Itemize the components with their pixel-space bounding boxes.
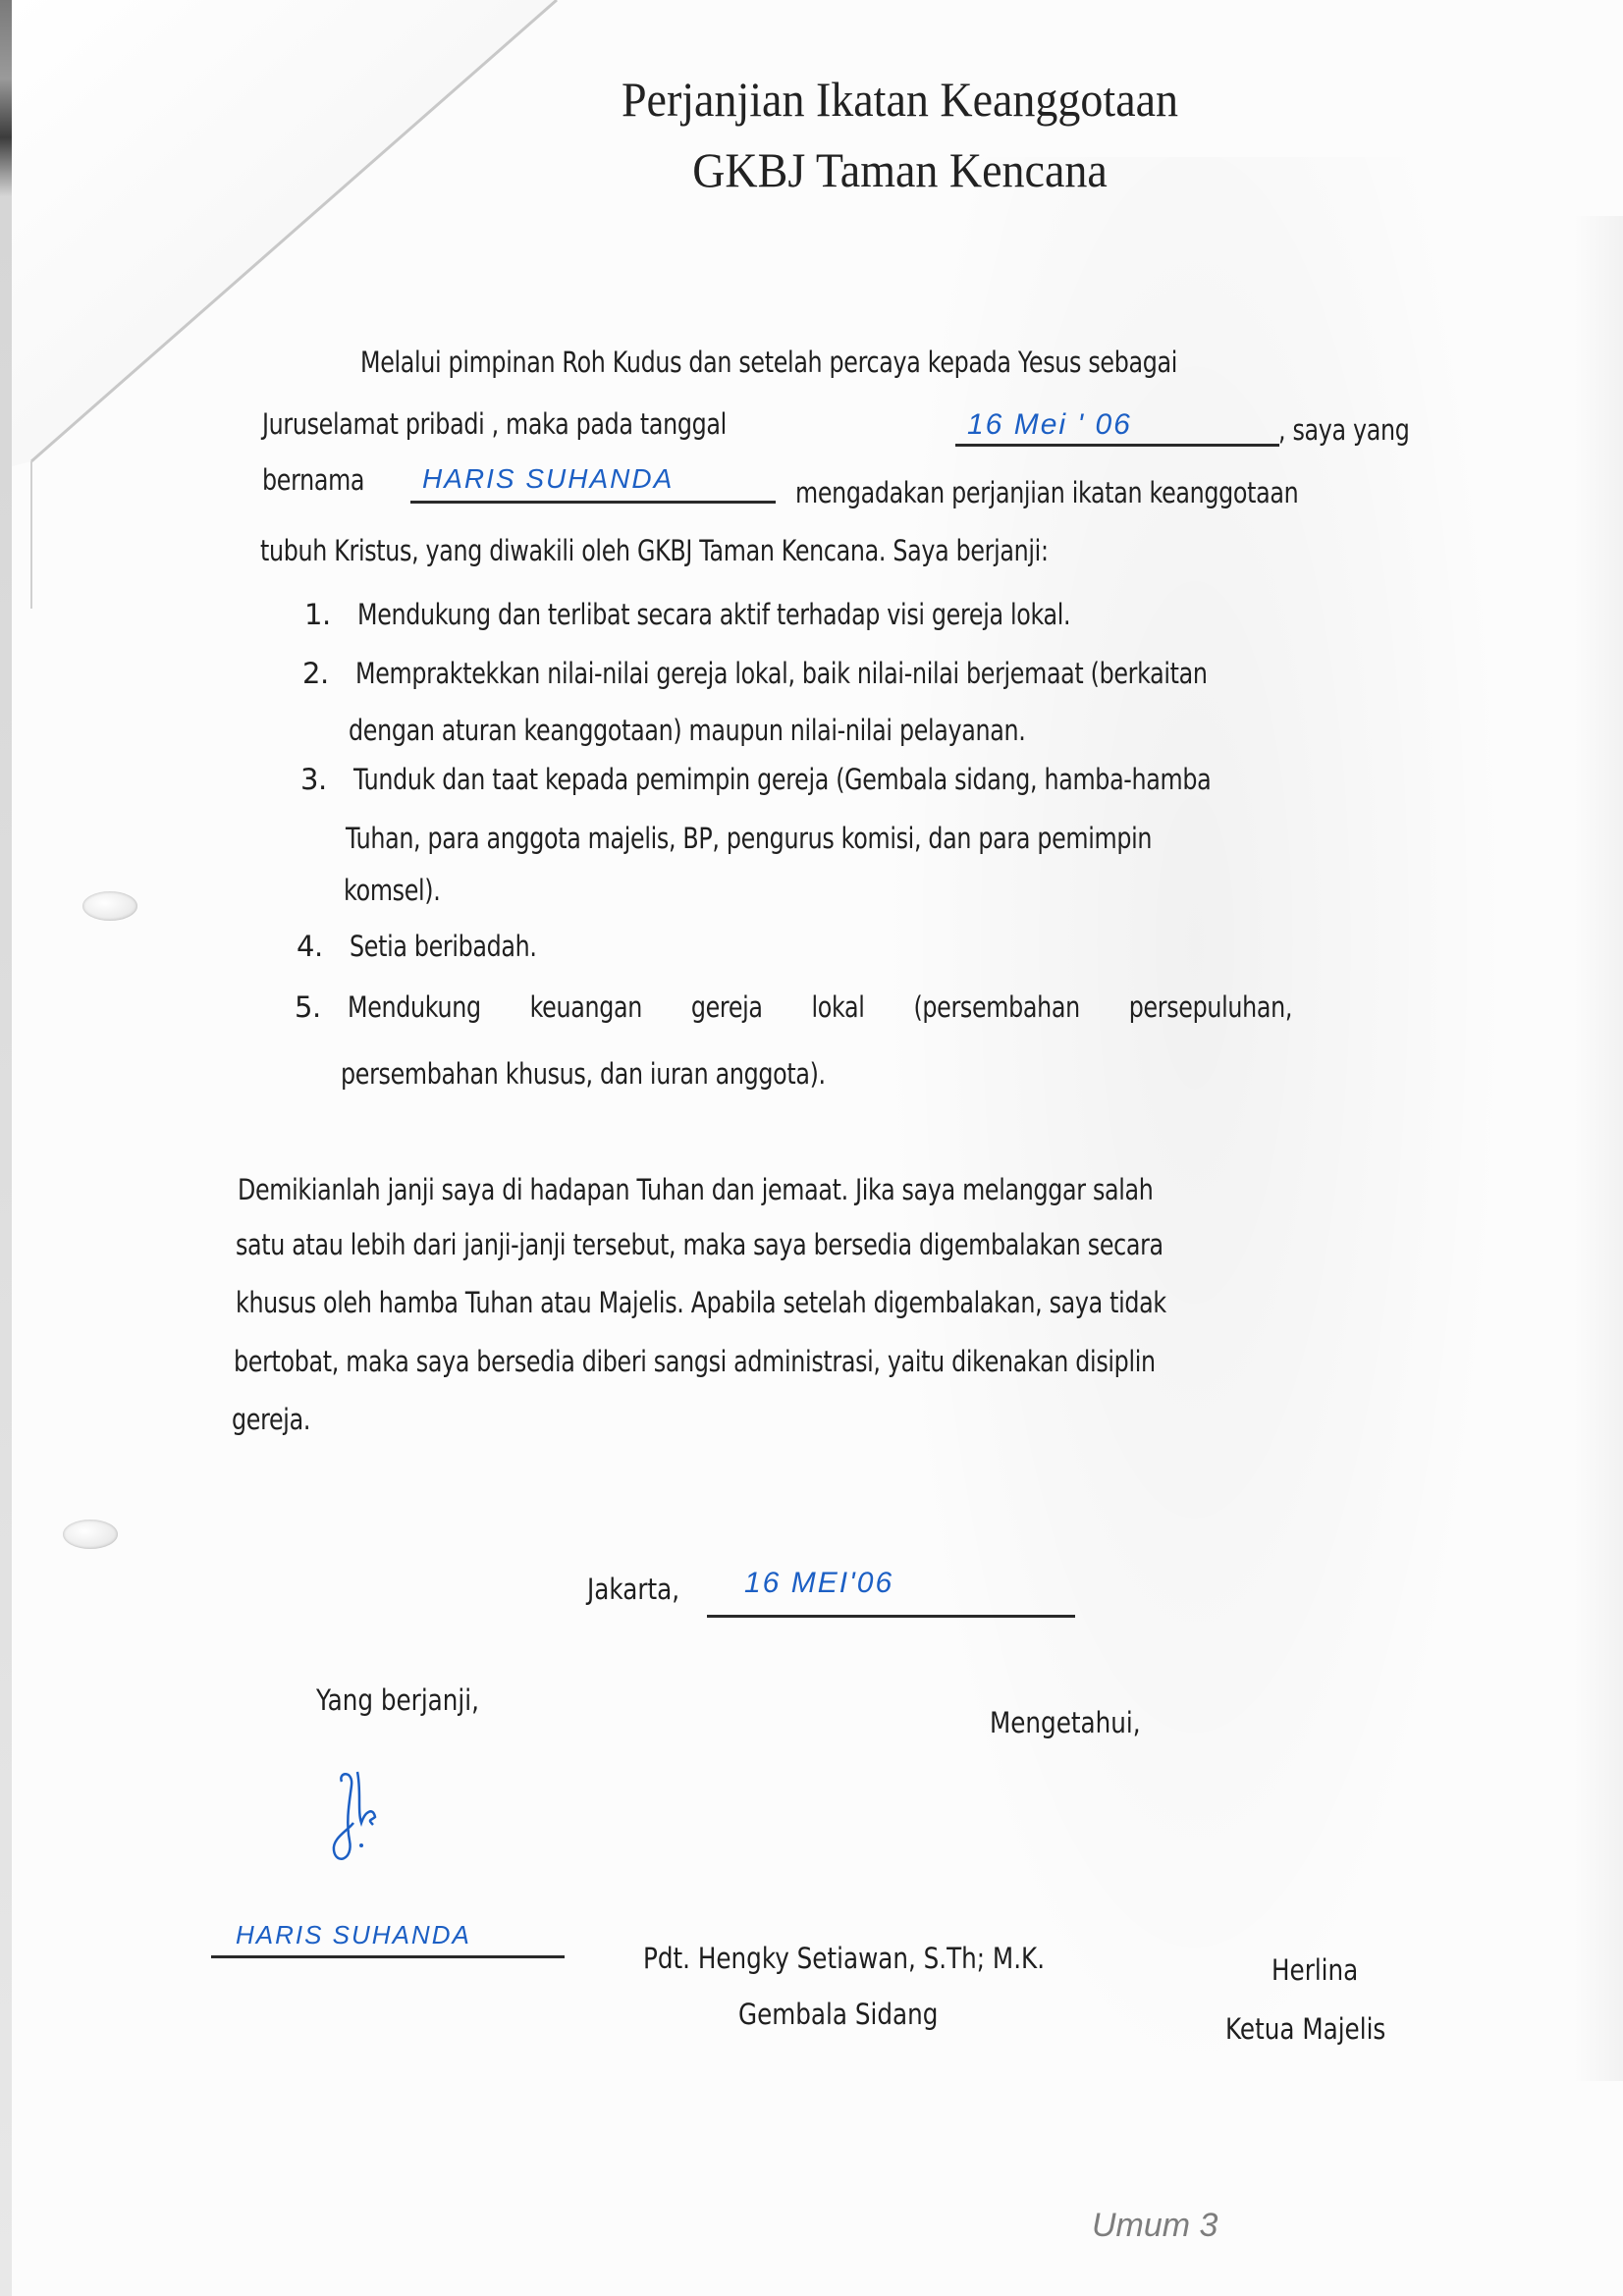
promise-1: 1. Mendukung dan terlibat secara aktif t… — [304, 601, 1226, 629]
promiser-signature-line — [211, 1955, 565, 1958]
handwritten-place-date[interactable]: 16 MEI'06 — [744, 1569, 893, 1598]
promise-5-cont: persembahan khusus, dan iuran anggota). — [341, 1060, 932, 1089]
date-fill-line — [955, 444, 1279, 447]
intro-line-4: tubuh Kristus, yang diwakili oleh GKBJ T… — [260, 537, 1221, 565]
promise-4: 4. Setia beribadah. — [297, 933, 577, 961]
bleed-through-shadow — [876, 157, 1514, 2120]
closing-line-2: satu atau lebih dari janji-janji tersebu… — [236, 1231, 1367, 1259]
promise-2: 2. Mempraktekkan nilai-nilai gereja loka… — [302, 660, 1394, 688]
document-title-line2: GKBJ Taman Kencana — [334, 145, 1466, 194]
promiser-signature[interactable] — [324, 1762, 403, 1870]
witness-label: Mengetahui, — [990, 1706, 1141, 1739]
handwritten-name-field[interactable]: HARIS SUHANDA — [422, 465, 674, 493]
punch-hole-bottom — [63, 1520, 118, 1549]
document-title-line1: Perjanjian Ikatan Keanggotaan — [334, 75, 1466, 124]
chair-name: Herlina — [1271, 1953, 1358, 1987]
promiser-printed-name[interactable]: HARIS SUHANDA — [236, 1922, 471, 1948]
intro-line-3-suffix: mengadakan perjanjian ikatan keanggotaan — [795, 479, 1409, 507]
chair-role: Ketua Majelis — [1225, 2012, 1385, 2046]
pastor-name: Pdt. Hengky Setiawan, S.Th; M.K. — [643, 1942, 1045, 1975]
promise-3-cont-2: komsel). — [344, 877, 461, 905]
punch-hole-top — [82, 891, 137, 921]
promise-5: 5. Mendukung keuangan gereja lokal (pers… — [295, 993, 1499, 1022]
scanner-edge — [0, 0, 12, 2296]
closing-line-3: khusus oleh hamba Tuhan atau Majelis. Ap… — [236, 1289, 1371, 1317]
promise-2-cont: dengan aturan keanggotaan) maupun nilai-… — [349, 717, 1174, 745]
intro-line-1: Melalui pimpinan Roh Kudus dan setelah p… — [360, 348, 1475, 377]
intro-line-2-suffix: , saya yang — [1278, 416, 1438, 445]
intro-line-3-prefix: bernama — [262, 466, 387, 495]
promise-3: 3. Tunduk dan taat kepada pemimpin gerej… — [300, 766, 1399, 794]
pastor-role: Gembala Sidang — [738, 1998, 938, 2031]
promiser-label: Yang berjanji, — [316, 1683, 479, 1717]
place-date-fill-line — [707, 1615, 1075, 1618]
page-edge-shadow — [1573, 216, 1623, 2081]
intro-line-2: Juruselamat pribadi , maka pada tanggal — [262, 410, 829, 439]
closing-line-1: Demikianlah janji saya di hadapan Tuhan … — [238, 1176, 1354, 1204]
place-label: Jakarta, — [587, 1573, 679, 1606]
handwritten-date-field[interactable]: 16 Mei ' 06 — [967, 410, 1132, 440]
pencil-note: Umum 3 — [1092, 2207, 1217, 2245]
closing-line-5: gereja. — [232, 1406, 328, 1434]
promise-3-cont-1: Tuhan, para anggota majelis, BP, penguru… — [346, 825, 1328, 853]
closing-line-4: bertobat, maka saya bersedia diberi sang… — [234, 1348, 1358, 1376]
name-fill-line — [410, 501, 776, 504]
